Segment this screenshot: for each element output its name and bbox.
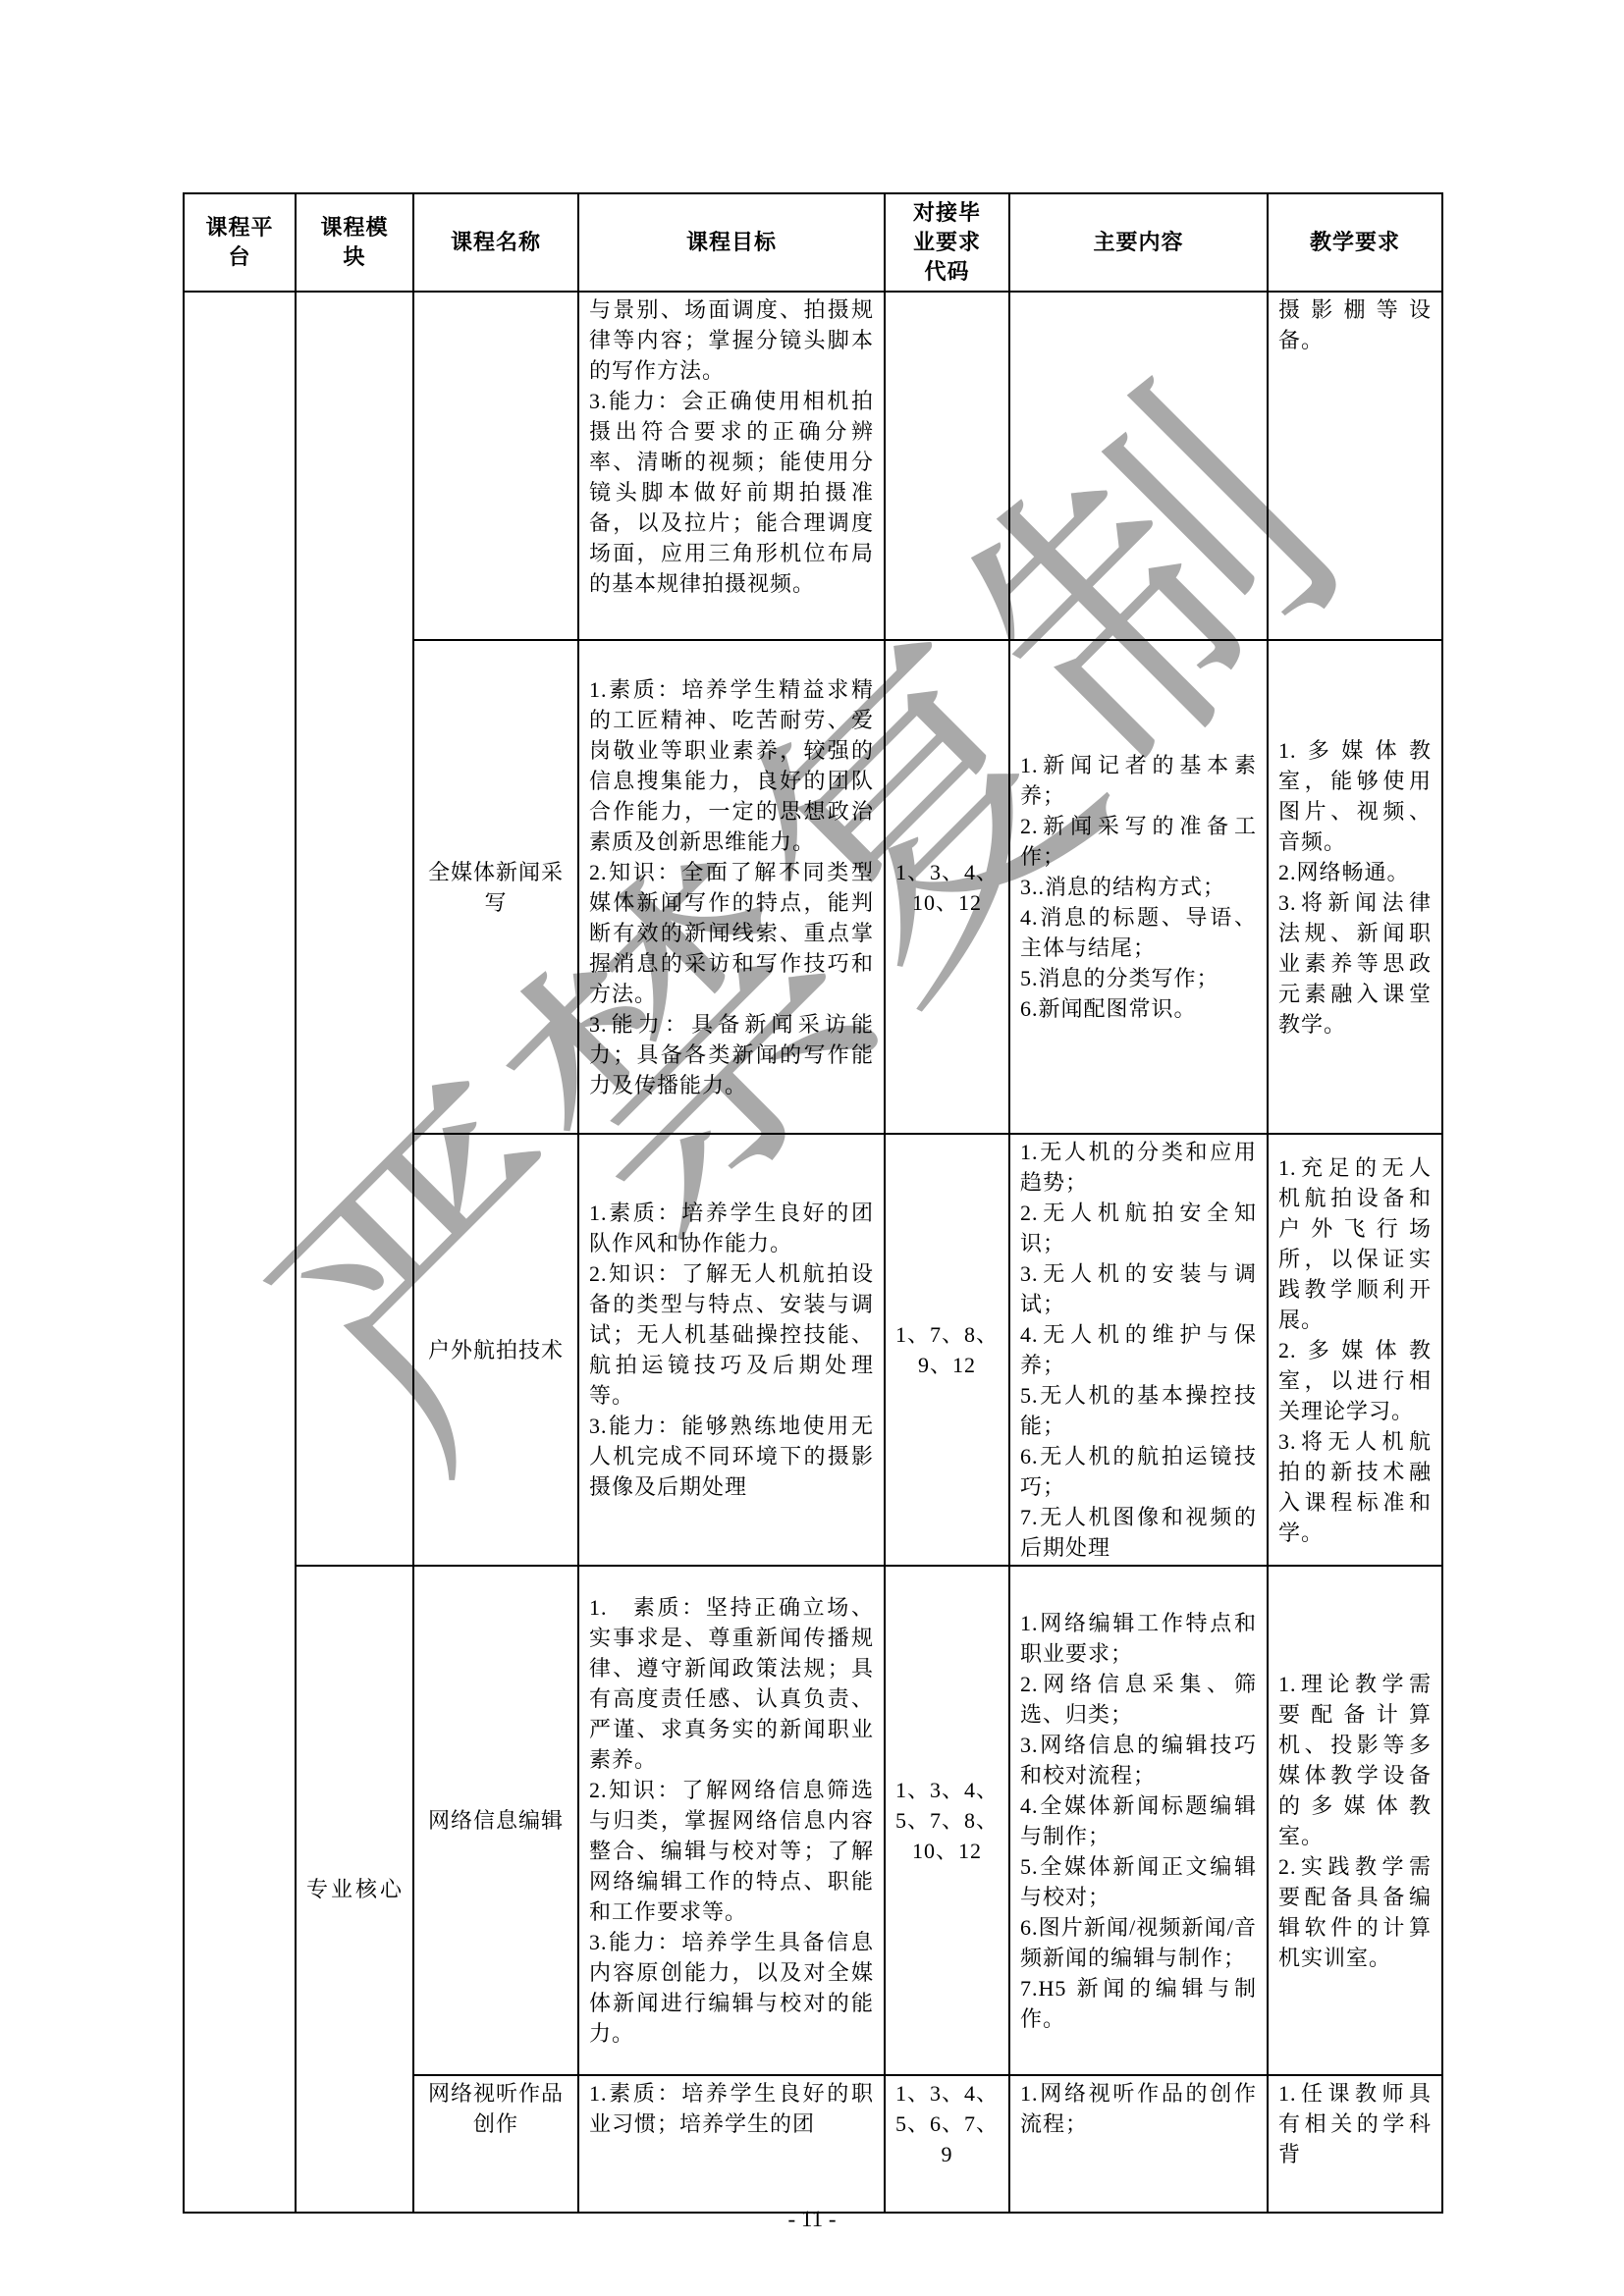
course-name-cell: 全媒体新闻采写 bbox=[413, 640, 578, 1134]
codes-cell: 1、3、4、5、6、7、9 bbox=[885, 2075, 1009, 2213]
objectives-cell: 1. 素质：坚持正确立场、实事求是、尊重新闻传播规律、遵守新闻政策法规；具有高度… bbox=[578, 1566, 885, 2075]
header-teaching-requirements: 教学要求 bbox=[1268, 193, 1442, 292]
content-cell: 1.无人机的分类和应用趋势； 2.无人机航拍安全知识； 3.无人机的安装与调试；… bbox=[1009, 1134, 1268, 1566]
course-name-cell: 网络信息编辑 bbox=[413, 1566, 578, 2075]
header-row: 课程平台 课程模块 课程名称 课程目标 对接毕业要求代码 主要内容 教学要求 bbox=[184, 193, 1442, 292]
content-cell bbox=[1009, 292, 1268, 640]
table-row: 与景别、场面调度、拍摄规律等内容；掌握分镜头脚本的写作方法。 3.能力：会正确使… bbox=[184, 292, 1442, 640]
header-course-objectives: 课程目标 bbox=[578, 193, 885, 292]
requirements-cell: 1.多媒体教室，能够使用图片、视频、音频。 2.网络畅通。 3.将新闻法律法规、… bbox=[1268, 640, 1442, 1134]
curriculum-table: 课程平台 课程模块 课程名称 课程目标 对接毕业要求代码 主要内容 教学要求 与… bbox=[183, 192, 1443, 2214]
objectives-cell: 1.素质：培养学生良好的职业习惯；培养学生的团 bbox=[578, 2075, 885, 2213]
course-name-cell: 户外航拍技术 bbox=[413, 1134, 578, 1566]
platform-cell bbox=[184, 292, 296, 2213]
requirements-cell: 1.任课教师具有相关的学科背 bbox=[1268, 2075, 1442, 2213]
codes-cell: 1、7、8、9、12 bbox=[885, 1134, 1009, 1566]
course-name-cell: 网络视听作品创作 bbox=[413, 2075, 578, 2213]
content-cell: 1.网络视听作品的创作流程； bbox=[1009, 2075, 1268, 2213]
header-main-content: 主要内容 bbox=[1009, 193, 1268, 292]
course-name-cell bbox=[413, 292, 578, 640]
codes-cell: 1、3、4、10、12 bbox=[885, 640, 1009, 1134]
header-graduation-codes: 对接毕业要求代码 bbox=[885, 193, 1009, 292]
header-course-module: 课程模块 bbox=[296, 193, 413, 292]
header-course-platform: 课程平台 bbox=[184, 193, 296, 292]
content-cell: 1.新闻记者的基本素养； 2.新闻采写的准备工作； 3..消息的结构方式； 4.… bbox=[1009, 640, 1268, 1134]
table-row: 专业核心 网络信息编辑 1. 素质：坚持正确立场、实事求是、尊重新闻传播规律、遵… bbox=[184, 1566, 1442, 2075]
codes-cell bbox=[885, 292, 1009, 640]
objectives-cell: 1.素质：培养学生良好的团队作风和协作能力。 2.知识：了解无人机航拍设备的类型… bbox=[578, 1134, 885, 1566]
document-page: 严禁复制 课程平台 课程模块 课程名称 课程目标 对接毕业要求代码 主要内容 bbox=[0, 0, 1624, 2296]
codes-cell: 1、3、4、5、7、8、10、12 bbox=[885, 1566, 1009, 2075]
header-course-name: 课程名称 bbox=[413, 193, 578, 292]
table-container: 课程平台 课程模块 课程名称 课程目标 对接毕业要求代码 主要内容 教学要求 与… bbox=[183, 192, 1443, 2214]
requirements-cell: 1.理论教学需要配备计算机、投影等多媒体教学设备的多媒体教室。 2.实践教学需要… bbox=[1268, 1566, 1442, 2075]
requirements-cell: 摄影棚等设备。 bbox=[1268, 292, 1442, 640]
content-cell: 1.网络编辑工作特点和职业要求； 2.网络信息采集、筛选、归类； 3.网络信息的… bbox=[1009, 1566, 1268, 2075]
objectives-cell: 1.素质：培养学生精益求精的工匠精神、吃苦耐劳、爱岗敬业等职业素养，较强的信息搜… bbox=[578, 640, 885, 1134]
objectives-cell: 与景别、场面调度、拍摄规律等内容；掌握分镜头脚本的写作方法。 3.能力：会正确使… bbox=[578, 292, 885, 640]
requirements-cell: 1.充足的无人机航拍设备和户外飞行场所，以保证实践教学顺利开展。 2.多媒体教室… bbox=[1268, 1134, 1442, 1566]
module-cell-core: 专业核心 bbox=[296, 1566, 413, 2213]
module-cell-empty bbox=[296, 292, 413, 1566]
page-number: - 11 - bbox=[0, 2207, 1624, 2232]
